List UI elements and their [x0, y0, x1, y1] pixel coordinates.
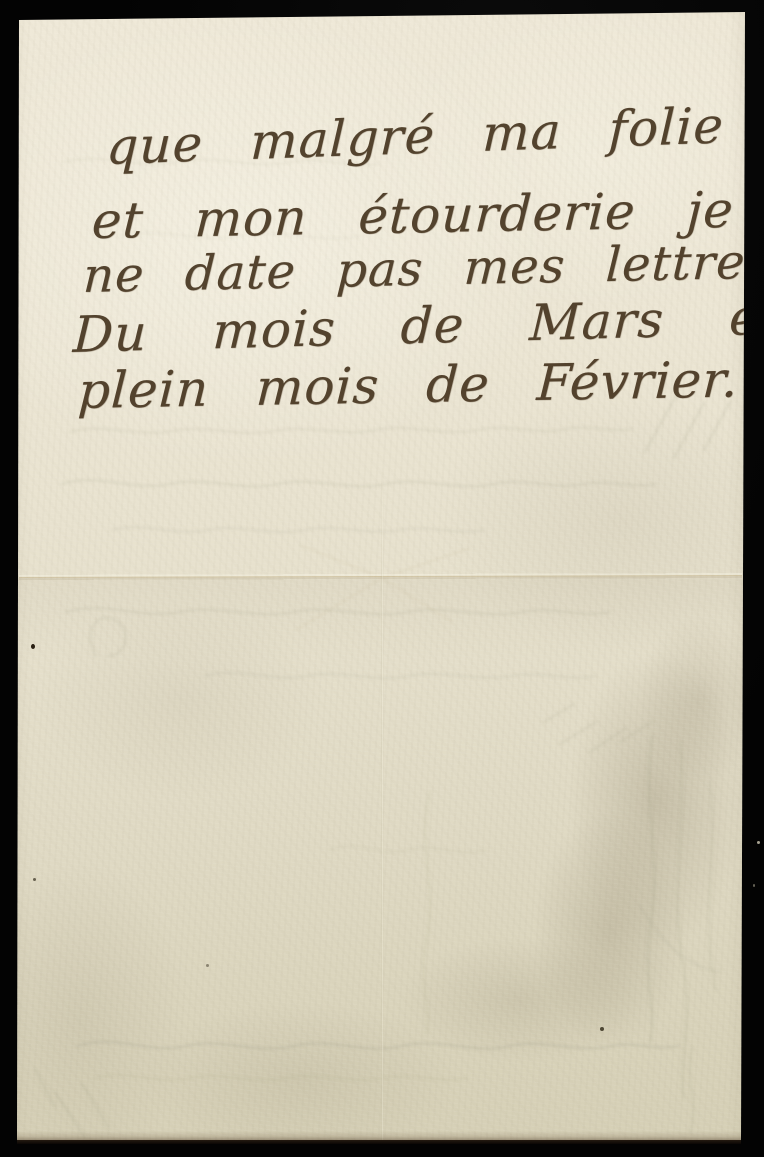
- ink-speck: [31, 644, 35, 649]
- ink-speck: [206, 964, 209, 967]
- ink-speck: [33, 878, 36, 881]
- dust-speck: [757, 841, 760, 844]
- ink-speck: [600, 1027, 604, 1031]
- page-bottom-edge: [17, 1140, 741, 1144]
- handwritten-text: que malgré ma folie et mon étourderie je…: [0, 0, 764, 1157]
- handwriting-line-5: plein mois de Février.: [77, 350, 741, 420]
- photo-black-backdrop: que malgré ma folie et mon étourderie je…: [0, 0, 764, 1157]
- handwriting-line-1: que malgré ma folie: [105, 96, 725, 175]
- dust-speck: [753, 884, 755, 887]
- letter-page: que malgré ma folie et mon étourderie je…: [0, 0, 764, 1157]
